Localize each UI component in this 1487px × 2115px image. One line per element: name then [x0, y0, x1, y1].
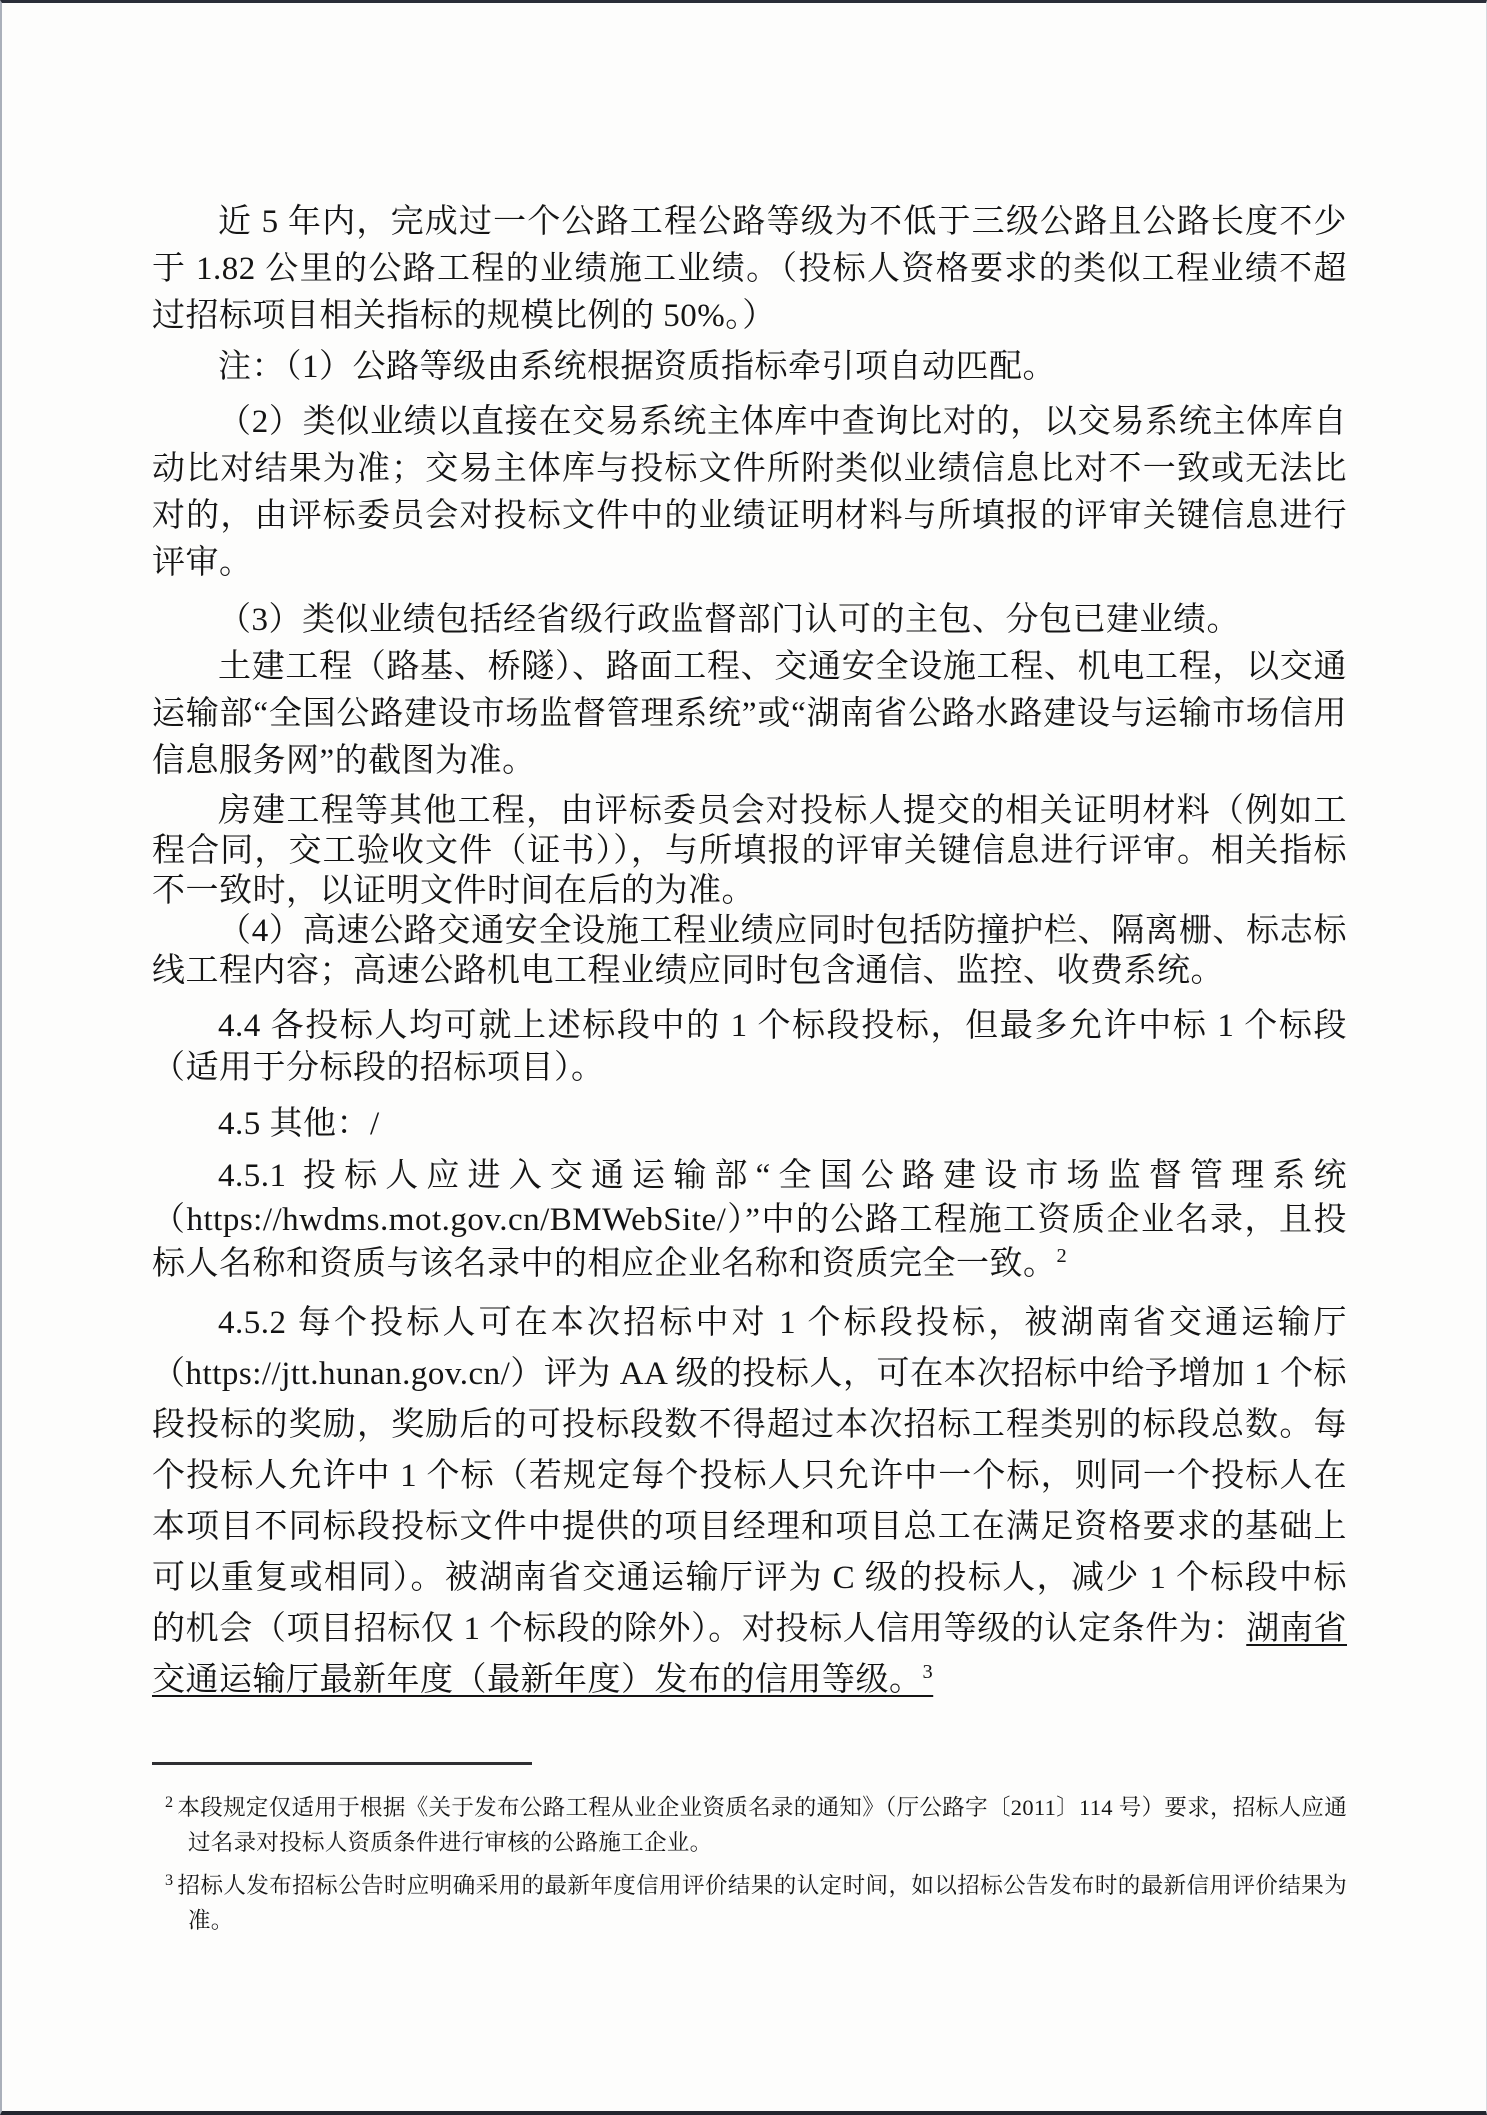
paragraph-qualification-performance: 近 5 年内，完成过一个公路工程公路等级为不低于三级公路且公路长度不少于 1.8…	[152, 199, 1347, 340]
footnote-marker: 2	[165, 1793, 173, 1811]
paragraph-4-4: 4.4 各投标人均可就上述标段中的 1 个标段投标，但最多允许中标 1 个标段（…	[152, 1005, 1347, 1089]
footnote-ref-3: 3	[923, 1661, 934, 1683]
footnote-marker: 3	[165, 1871, 173, 1889]
paragraph-note-2: （2）类似业绩以直接在交易系统主体库中查询比对的，以交易系统主体库自动比对结果为…	[152, 399, 1347, 587]
paragraph-4-5-2: 4.5.2 每个投标人可在本次招标中对 1 个标段投标，被湖南省交通运输厅（ht…	[152, 1298, 1347, 1706]
footnote-separator	[152, 1762, 532, 1765]
paragraph-text: 4.5.1 投标人应进入交通运输部“全国公路建设市场监督管理系统（https:/…	[152, 1158, 1347, 1282]
scanned-document-page: 近 5 年内，完成过一个公路工程公路等级为不低于三级公路且公路长度不少于 1.8…	[0, 0, 1487, 2115]
paragraph-4-5: 4.5 其他：/	[152, 1101, 1347, 1148]
paragraph-4-5-1: 4.5.1 投标人应进入交通运输部“全国公路建设市场监督管理系统（https:/…	[152, 1154, 1347, 1286]
footnotes-section: 2本段规定仅适用于根据《关于发布公路工程从业企业资质名录的通知》（厅公路字〔20…	[152, 1790, 1347, 1938]
footnote-ref-2: 2	[1057, 1245, 1068, 1267]
paragraph-note-1: 注：（1）公路等级由系统根据资质指标牵引项自动匹配。	[152, 344, 1347, 391]
footnote-3: 3招标人发布招标公告时应明确采用的最新年度信用评价结果的认定时间，如以招标公告发…	[152, 1868, 1347, 1938]
paragraph-civil-works: 土建工程（路基、桥隧）、路面工程、交通安全设施工程、机电工程，以交通运输部“全国…	[152, 644, 1347, 785]
paragraph-text: 4.5.2 每个投标人可在本次招标中对 1 个标段投标，被湖南省交通运输厅（ht…	[152, 1305, 1347, 1647]
paragraph-note-3: （3）类似业绩包括经省级行政监督部门认可的主包、分包已建业绩。	[152, 597, 1347, 644]
footnote-text: 本段规定仅适用于根据《关于发布公路工程从业企业资质名录的通知》（厅公路字〔201…	[177, 1795, 1347, 1855]
document-body: 近 5 年内，完成过一个公路工程公路等级为不低于三级公路且公路长度不少于 1.8…	[152, 199, 1347, 1938]
footnote-2: 2本段规定仅适用于根据《关于发布公路工程从业企业资质名录的通知》（厅公路字〔20…	[152, 1790, 1347, 1860]
footnote-text: 招标人发布招标公告时应明确采用的最新年度信用评价结果的认定时间，如以招标公告发布…	[177, 1873, 1347, 1933]
paragraph-housing-works: 房建工程等其他工程，由评标委员会对投标人提交的相关证明材料（例如工程合同，交工验…	[152, 791, 1347, 911]
paragraph-note-4: （4）高速公路交通安全设施工程业绩应同时包括防撞护栏、隔离栅、标志标线工程内容；…	[152, 911, 1347, 991]
